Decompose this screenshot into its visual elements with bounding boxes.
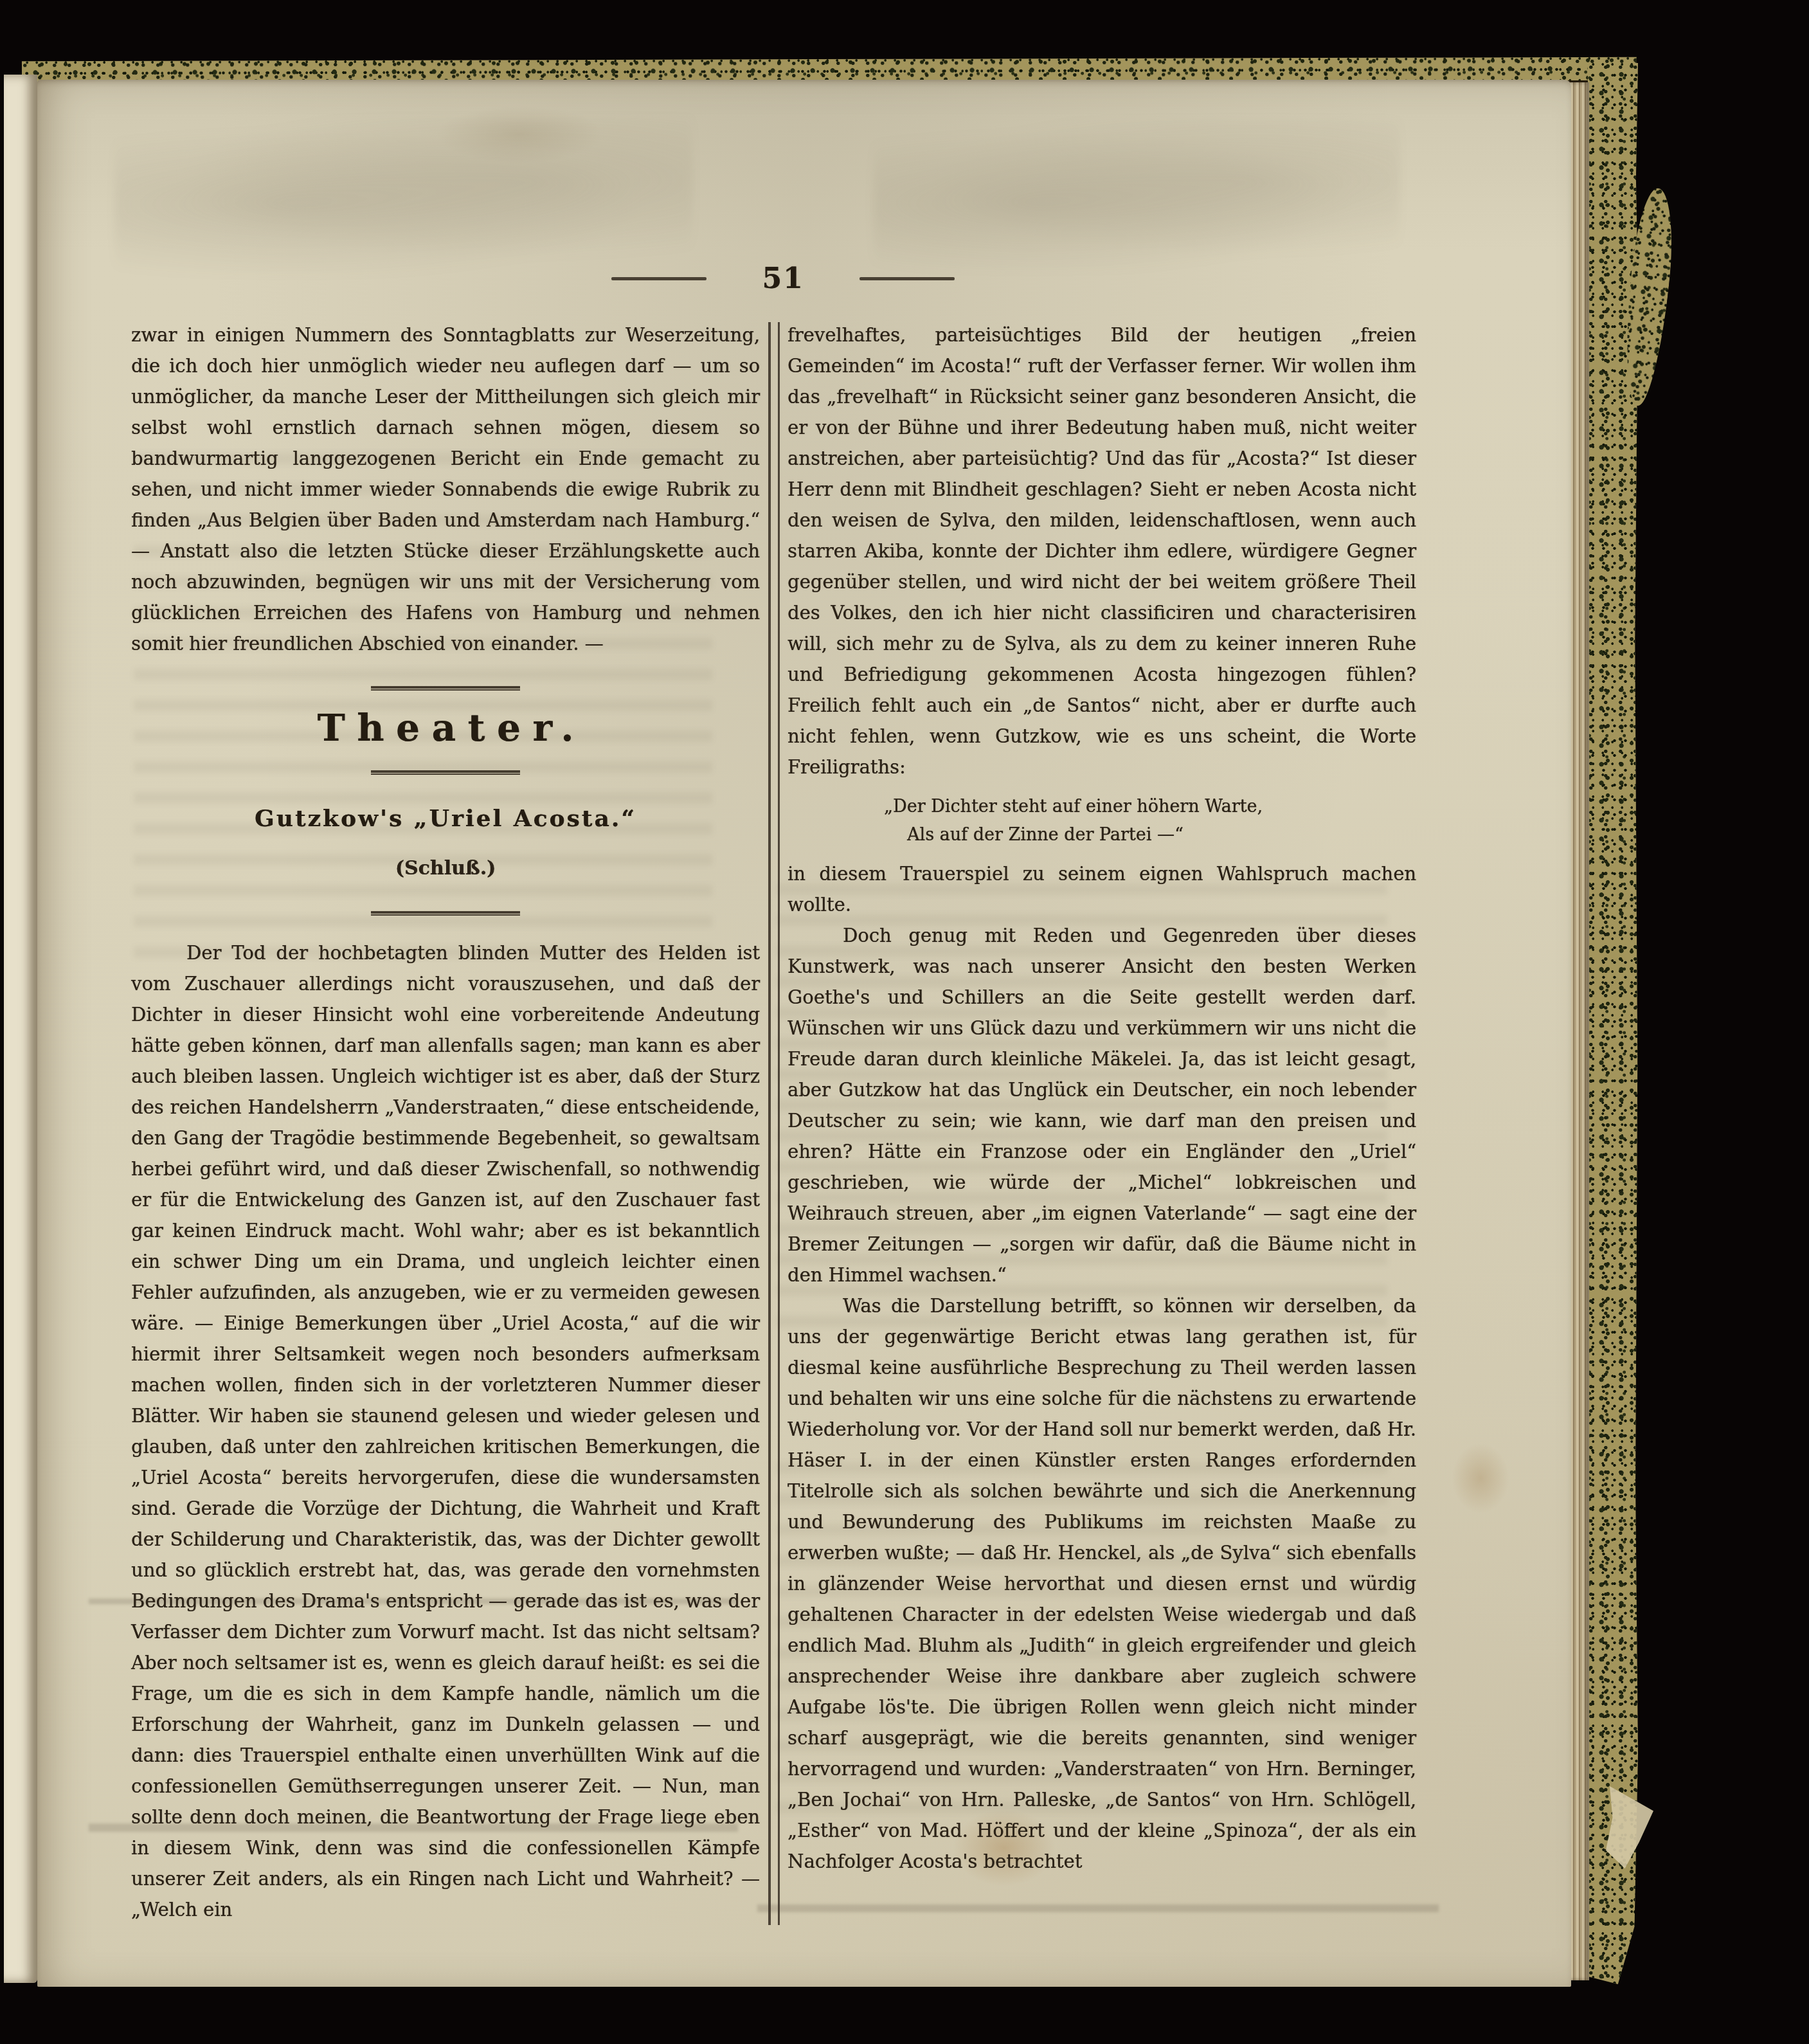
paragraph: Doch genug mit Reden und Gegenreden über… [788,920,1416,1290]
page-header: 51 [131,262,1435,295]
article-title: Gutzkow's „Uriel Acosta.“ [131,803,760,834]
column-divider [768,322,780,1925]
book-scan: { "page": { "number": "51" }, "left_colu… [0,0,1809,2044]
text-columns: zwar in einigen Nummern des Sonntagblatt… [131,320,1435,1925]
book-cover-tear [1606,1786,1653,1868]
previous-page-sliver [4,75,37,1983]
paragraph: Was die Darstellung betrifft, so können … [788,1290,1416,1877]
left-column: zwar in einigen Nummern des Sonntagblatt… [131,320,760,1925]
right-column: frevelhaftes, parteisüchtiges Bild der h… [788,320,1416,1925]
section-rule [371,770,520,775]
header-rule-left [611,277,706,280]
section-rule [371,911,520,916]
section-title: Theater. [131,712,760,743]
article-subtitle: (Schluß.) [131,853,760,884]
page-number: 51 [762,262,804,295]
paragraph: in diesem Trauerspiel zu seinem eignen W… [788,858,1416,920]
article-body-paragraph: Der Tod der hochbetagten blinden Mutter … [131,937,760,1925]
page: 51 zwar in einigen Nummern des Sonntagbl… [37,80,1571,1987]
prev-article-end-paragraph: zwar in einigen Nummern des Sonntagblatt… [131,320,760,659]
paragraph: frevelhaftes, parteisüchtiges Bild der h… [788,320,1416,782]
verse-line: „Der Dichter steht auf einer höhern Wart… [884,793,1416,821]
verse-line: Als auf der Zinne der Partei —“ [907,821,1416,849]
verse-quote: „Der Dichter steht auf einer höhern Wart… [788,793,1416,849]
section-rule [371,686,520,691]
header-rule-right [860,277,955,280]
